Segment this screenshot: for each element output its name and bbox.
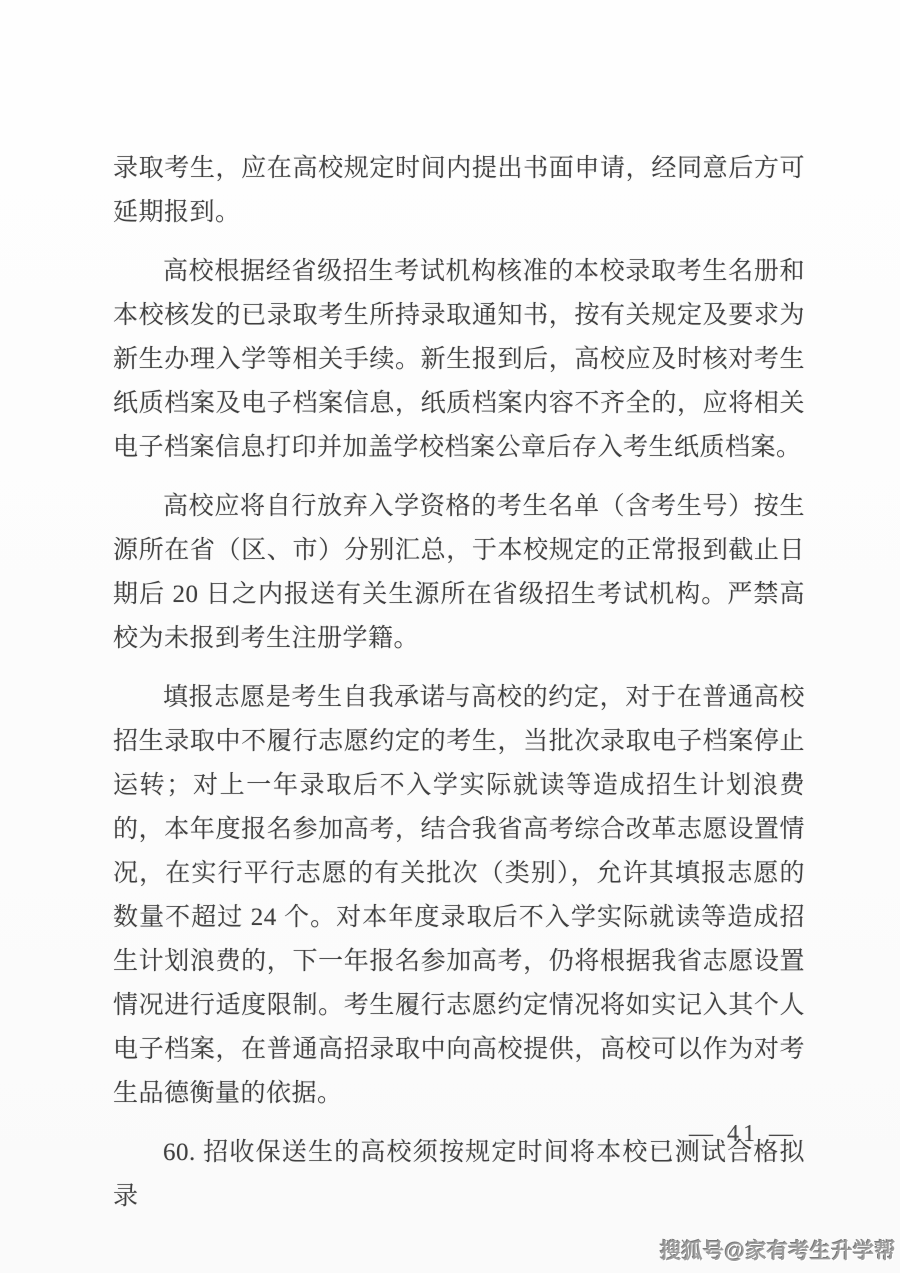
- sohu-watermark: 搜狐号@家有考生升学帮: [660, 1235, 896, 1265]
- document-body-text: 录取考生，应在高校规定时间内提出书面申请，经同意后方可延期报到。 高校根据经省级…: [113, 147, 805, 1234]
- page-number: — 41 —: [689, 1118, 797, 1150]
- document-page: 录取考生，应在高校规定时间内提出书面申请，经同意后方可延期报到。 高校根据经省级…: [0, 0, 900, 1273]
- paragraph-enrollment-procedures: 高校根据经省级招生考试机构核准的本校录取考生名册和本校核发的已录取考生所持录取通…: [113, 250, 805, 470]
- paragraph-waiver-reporting: 高校应将自行放弃入学资格的考生名单（含考生号）按生源所在省（区、市）分别汇总，于…: [113, 485, 805, 661]
- paragraph-volunteer-commitment: 填报志愿是考生自我承诺与高校的约定，对于在普通高校招生录取中不履行志愿约定的考生…: [113, 676, 805, 1116]
- paragraph-continuation: 录取考生，应在高校规定时间内提出书面申请，经同意后方可延期报到。: [113, 147, 805, 235]
